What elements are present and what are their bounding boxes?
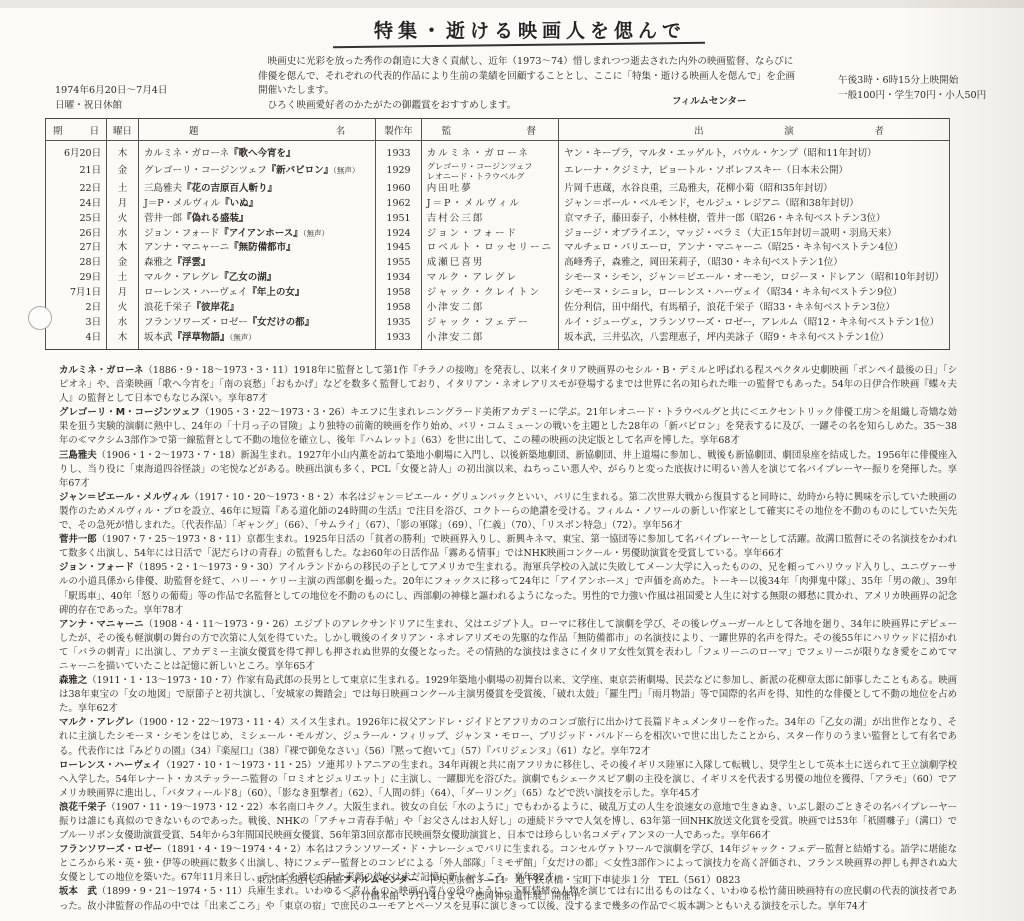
cell-cast: エレーナ・クジミナ，ピョートル・ソボレフスキー（日本未公開） xyxy=(559,161,950,181)
cell-date: 29日 xyxy=(46,270,107,285)
biography-name: カルミネ・ガローネ xyxy=(59,365,143,376)
schedule-row: 4日木坂本武『浮草物語』（無声）1933小津安二郎坂本武，三井弘次，八雲理恵子，… xyxy=(46,330,950,349)
footer-address: 東京国立近代美術館フィルムセンター 中央区京橋３―11 地下鉄京橋・宝町下車徒歩… xyxy=(256,872,740,886)
honoree-name: ローレンス・ハーヴェイ xyxy=(144,287,247,298)
biography-name: グレゴーリ・M・コージンツェフ xyxy=(59,407,200,418)
showtime-start: 午後3時・6時15分上映開始 xyxy=(838,73,986,88)
ticket-prices: 一般100円・学生70円・小人50円 xyxy=(838,88,986,103)
organizer-label: フィルムセンター xyxy=(672,93,746,107)
cell-title: ローレンス・ハーヴェイ『年上の女』 xyxy=(138,285,375,300)
cell-title: J＝P・メルヴィル『いぬ』 xyxy=(138,196,375,211)
cell-year: 1955 xyxy=(376,255,421,270)
cell-title: ジョン・フォード『アイアンホース』（無声） xyxy=(138,226,375,241)
cell-date: 28日 xyxy=(46,255,107,270)
film-title: 『アイアンホース』 xyxy=(219,228,303,239)
cell-year: 1958 xyxy=(376,300,421,315)
schedule-row: 7月1日月ローレンス・ハーヴェイ『年上の女』1958ジャック・クレイトンシモーヌ… xyxy=(46,285,950,300)
cell-year: 1934 xyxy=(376,270,421,285)
honoree-name: 坂本武 xyxy=(144,332,173,343)
honoree-name: ジョン・フォード xyxy=(144,228,219,239)
cell-year: 1924 xyxy=(376,226,421,241)
cell-year: 1960 xyxy=(376,181,421,196)
cell-director: 吉村公三郎 xyxy=(421,211,558,226)
biography-text: （1895・2・1〜1973・9・30）アイルランドからの移民の子としてアメリカ… xyxy=(59,562,957,615)
biographies: カルミネ・ガローネ（1886・9・18〜1973・3・11）1918年に監督とし… xyxy=(59,364,957,914)
cell-cast: 片岡千恵蔵，水谷良重，三島雅夫，花柳小菊（昭和35年封切） xyxy=(559,181,950,196)
footer-access: 地下鉄京橋・宝町下車徒歩１分 xyxy=(515,875,649,886)
film-title: 『浮雲』 xyxy=(172,257,210,268)
schedule-row: 3日水フランソワーズ・ロゼー『女だけの都』1935ジャック・フェデールイ・ジュー… xyxy=(46,315,950,330)
director-name: 内田吐夢 xyxy=(427,183,473,194)
biography-name: フランソワーズ・ロゼー xyxy=(59,844,162,855)
cell-dow: 土 xyxy=(107,270,139,285)
cell-year: 1929 xyxy=(376,161,421,181)
cell-cast: 坂本武，三井弘次，八雲理恵子，坪内美詠子（昭9・キネ旬ベストテン1位） xyxy=(559,330,950,349)
cell-date: 22日 xyxy=(46,181,107,196)
biography-entry: 菅井一郎（1907・7・25〜1973・8・11）京都生まれ。1925年日活の「… xyxy=(59,533,957,561)
footer-organizer: フィルムセンター xyxy=(342,875,417,886)
page-title: 特集・逝ける映画人を偲んで xyxy=(330,16,730,43)
honoree-name: フランソワーズ・ロゼー xyxy=(144,317,248,328)
biography-name: ジョン・フォード xyxy=(59,562,134,573)
director-name: 成瀬巳喜男 xyxy=(427,257,485,268)
biography-name: 三島雅夫 xyxy=(59,450,97,461)
header-year: 製作年 xyxy=(376,119,421,141)
film-title: 『無防備都市』 xyxy=(229,242,296,253)
film-title: 『年上の女』 xyxy=(247,287,304,298)
header-date: 期日 xyxy=(46,119,107,141)
film-title: 『乙女の湖』 xyxy=(219,272,276,283)
honoree-name: 三島雅夫 xyxy=(144,183,182,194)
cell-title: アンナ・マニャーニ『無防備都市』 xyxy=(138,240,375,255)
cell-director: ジョン・フォード xyxy=(421,226,558,241)
director-name: ジャック・フェデー xyxy=(427,317,530,328)
biography-entry: ローレンス・ハーヴェイ（1927・10・1〜1973・11・25）ソ連邦リトアニ… xyxy=(59,759,957,801)
biography-text: （1907・11・19〜1973・12・22）本名南口キクノ。大阪生まれ。彼女の… xyxy=(59,802,957,841)
biography-text: （1908・4・11〜1973・9・26）エジプトのアレクサンドリアに生まれ、父… xyxy=(59,619,957,672)
cell-director: 内田吐夢 xyxy=(421,181,558,196)
honoree-name: 浪花千栄子 xyxy=(144,302,192,313)
footer-institution: 東京国立近代美術館 xyxy=(256,875,342,886)
showtimes: 午後3時・6時15分上映開始 一般100円・学生70円・小人50円 xyxy=(838,73,986,103)
cell-date: 21日 xyxy=(46,161,107,181)
director-name: マルク・アレグレ xyxy=(427,272,518,283)
cell-director: カルミネ・ガローネ xyxy=(421,141,558,161)
cell-year: 1951 xyxy=(376,211,421,226)
cell-dow: 木 xyxy=(107,330,139,349)
biography-name: マルク・アレグレ xyxy=(59,717,134,728)
cell-title: 浪花千栄子『彼岸花』 xyxy=(138,300,375,315)
biography-entry: 森雅之（1911・1・13〜1973・10・7）作家有島武郎の長男として東京に生… xyxy=(59,674,957,716)
period-dates: 1974年6月20日〜7月4日 xyxy=(55,84,168,99)
biography-name: ジャン＝ピエール・メルヴィル xyxy=(59,492,189,503)
schedule-row: 24日月J＝P・メルヴィル『いぬ』1962J＝P・メルヴィルジャン＝ポール・ベル… xyxy=(46,196,950,211)
cell-title: カルミネ・ガローネ『歌へ今宵を』 xyxy=(138,141,375,161)
cell-cast: 京マチ子，藤田泰子，小林桂樹，菅井一郎（昭26・キネ旬ベストテン3位） xyxy=(559,211,950,226)
schedule-row: 6月20日木カルミネ・ガローネ『歌へ今宵を』1933カルミネ・ガローネヤン・キー… xyxy=(46,141,950,161)
biography-entry: マルク・アレグレ（1900・12・22〜1973・11・4）スイス生まれ。192… xyxy=(59,716,957,758)
director-name: 吉村公三郎 xyxy=(427,213,485,224)
cell-date: 2日 xyxy=(46,300,107,315)
director-name: ロベルト・ロッセリーニ xyxy=(427,242,553,253)
cell-cast: シモーヌ・シニョレ，ローレンス・ハーヴェイ（昭34・キネ旬ベストテン9位） xyxy=(559,285,950,300)
biography-text: （1927・10・1〜1973・11・25）ソ連邦リトアニアの生まれ。34年両親… xyxy=(59,760,957,799)
cell-cast: 佐分利信，田中絹代，有馬稲子，浪花千栄子（昭33・キネ旬ベストテン3位） xyxy=(559,300,950,315)
cell-date: 25日 xyxy=(46,211,107,226)
cell-director: ジャック・クレイトン xyxy=(421,285,558,300)
film-title: 『彼岸花』 xyxy=(191,302,239,313)
cell-dow: 火 xyxy=(107,211,139,226)
biography-text: （1907・7・25〜1973・8・11）京都生まれ。1925年日活の「貧者の勝… xyxy=(59,534,957,559)
cell-dow: 水 xyxy=(107,315,139,330)
biography-name: 浪花千栄子 xyxy=(59,802,106,813)
cell-director: J＝P・メルヴィル xyxy=(421,196,558,211)
biography-entry: アンナ・マニャーニ（1908・4・11〜1973・9・26）エジプトのアレクサン… xyxy=(59,618,957,674)
cell-cast: ジャン＝ポール・ベルモンド，セルジュ・レジアニ（昭和38年封切） xyxy=(559,196,950,211)
film-title: 『浮草物語』 xyxy=(172,332,229,343)
cell-title: 菅井一郎『偽れる盛装』 xyxy=(138,211,375,226)
cell-year: 1958 xyxy=(376,285,421,300)
cell-date: 3日 xyxy=(46,315,107,330)
cell-dow: 木 xyxy=(107,141,139,161)
film-title: 『偽れる盛装』 xyxy=(182,213,249,224)
cell-cast: ルイ・ジューヴェ，フランソワーズ・ロゼー，アレルム（昭12・キネ旬ベストテン1位… xyxy=(559,315,950,330)
cell-date: 6月20日 xyxy=(46,141,107,161)
biography-name: アンナ・マニャーニ xyxy=(59,619,144,630)
biography-entry: 三島雅夫（1906・1・2〜1973・7・18）新潟生まれ。1927年小山内薫を… xyxy=(59,449,957,491)
film-title: 『歌へ今宵を』 xyxy=(229,148,296,159)
cell-date: 26日 xyxy=(46,226,107,241)
header-title: 題名 xyxy=(138,119,375,141)
cell-dow: 金 xyxy=(107,161,139,181)
director-name: 小津安二郎 xyxy=(427,302,485,313)
cell-dow: 水 xyxy=(107,226,139,241)
honoree-name: 菅井一郎 xyxy=(144,213,182,224)
cell-director: 小津安二郎 xyxy=(421,330,558,349)
biography-name: 森雅之 xyxy=(59,675,87,686)
schedule-row: 25日火菅井一郎『偽れる盛装』1951吉村公三郎京マチ子，藤田泰子，小林桂樹，菅… xyxy=(46,211,950,226)
honoree-name: アンナ・マニャーニ xyxy=(144,242,229,253)
biography-text: （1917・10・20〜1973・8・2）本名はジャン＝ピエール・グリュンバック… xyxy=(59,492,957,531)
director-name: 小津安二郎 xyxy=(427,332,485,343)
cell-cast: 高峰秀子，森雅之，岡田茉莉子，（昭30・キネ旬ベストテン1位） xyxy=(559,255,950,270)
closed-days: 日曜・祝日休館 xyxy=(55,99,168,114)
biography-entry: 浪花千栄子（1907・11・19〜1973・12・22）本名南口キクノ。大阪生ま… xyxy=(59,801,957,843)
cell-dow: 金 xyxy=(107,255,139,270)
honoree-name: J＝P・メルヴィル xyxy=(144,198,220,209)
director-name: ジャック・クレイトン xyxy=(427,287,541,298)
silent-note: （無声） xyxy=(303,229,329,238)
cell-cast: ジョージ・オブライエン，マッジ・ベラミ（大正15年封切＝説明・羽鳥天来） xyxy=(559,226,950,241)
cell-year: 1935 xyxy=(376,315,421,330)
scan-top-edge xyxy=(0,0,1024,8)
header-dow: 曜日 xyxy=(107,119,139,141)
screening-period: 1974年6月20日〜7月4日 日曜・祝日休館 xyxy=(55,84,168,113)
film-title: 『新バビロン』 xyxy=(267,165,334,176)
honoree-name: マルク・アレグレ xyxy=(144,272,219,283)
cell-cast: マルチェロ・パリエーロ，アンナ・マニャーニ（昭25・キネ旬ベストテン4位） xyxy=(559,240,950,255)
footer-tel: TEL（561）0823 xyxy=(659,875,741,886)
header-cast: 出演者 xyxy=(559,119,950,141)
biography-entry: ジョン・フォード（1895・2・1〜1973・9・30）アイルランドからの移民の… xyxy=(59,561,957,617)
schedule-row: 2日火浪花千栄子『彼岸花』1958小津安二郎佐分利信，田中絹代，有馬稲子，浪花千… xyxy=(46,300,950,315)
punch-hole xyxy=(28,306,52,330)
biography-text: （1911・1・13〜1973・10・7）作家有島武郎の長男として東京に生まれる… xyxy=(59,675,957,714)
cell-year: 1933 xyxy=(376,141,421,161)
biography-entry: カルミネ・ガローネ（1886・9・18〜1973・3・11）1918年に監督とし… xyxy=(59,364,957,406)
schedule-row: 28日金森雅之『浮雲』1955成瀬巳喜男高峰秀子，森雅之，岡田茉莉子，（昭30・… xyxy=(46,255,950,270)
biography-entry: ジャン＝ピエール・メルヴィル（1917・10・20〜1973・8・2）本名はジャ… xyxy=(59,491,957,533)
schedule-row: 29日土マルク・アレグレ『乙女の湖』1934マルク・アレグレシモーヌ・シモン，ジ… xyxy=(46,270,950,285)
cell-date: 4日 xyxy=(46,330,107,349)
schedule-row: 27日木アンナ・マニャーニ『無防備都市』1945ロベルト・ロッセリーニマルチェロ… xyxy=(46,240,950,255)
cell-director: マルク・アレグレ xyxy=(421,270,558,285)
cell-title: 坂本武『浮草物語』（無声） xyxy=(138,330,375,349)
cell-dow: 木 xyxy=(107,240,139,255)
cell-year: 1945 xyxy=(376,240,421,255)
schedule-row: 26日水ジョン・フォード『アイアンホース』（無声）1924ジョン・フォードジョー… xyxy=(46,226,950,241)
film-title: 『花の吉原百人斬り』 xyxy=(182,183,277,194)
cell-cast: シモーヌ・シモン，ジャン＝ピエール・オーモン，ロジーヌ・ドレアン（昭和10年封切… xyxy=(559,270,950,285)
schedule-table: 期日 曜日 題名 製作年 監督 出演者 6月20日木カルミネ・ガローネ『歌へ今宵… xyxy=(45,118,950,350)
biography-text: （1886・9・18〜1973・3・11）1918年に監督として第1作『チラノの… xyxy=(59,365,957,404)
intro-paragraph: 映画史に光彩を放った秀作の創造に大きく貢献し、近年（1973〜74）惜しまれつつ… xyxy=(258,55,798,99)
film-title: 『いぬ』 xyxy=(220,198,258,209)
biography-name: ローレンス・ハーヴェイ xyxy=(59,760,161,771)
biography-name: 坂本 武 xyxy=(59,886,97,897)
film-title: 『女だけの都』 xyxy=(248,317,315,328)
schedule-row: 22日土三島雅夫『花の吉原百人斬り』1960内田吐夢片岡千恵蔵，水谷良重，三島雅… xyxy=(46,181,950,196)
director-name: J＝P・メルヴィル xyxy=(427,198,521,209)
cell-year: 1962 xyxy=(376,196,421,211)
director-name: ジョン・フォード xyxy=(427,228,518,239)
cell-director: 小津安二郎 xyxy=(421,300,558,315)
cell-title: グレゴーリ・コージンツェフ『新バビロン』（無声） xyxy=(138,161,375,181)
header-director: 監督 xyxy=(421,119,558,141)
cell-dow: 月 xyxy=(107,196,139,211)
silent-note: （無声） xyxy=(229,333,255,342)
footer-street: 中央区京橋３―11 xyxy=(427,875,506,886)
biography-name: 菅井一郎 xyxy=(59,534,97,545)
honoree-name: 森雅之 xyxy=(144,257,173,268)
cell-dow: 火 xyxy=(107,300,139,315)
director-name: カルミネ・ガローネ xyxy=(427,148,530,159)
cell-director: ジャック・フェデー xyxy=(421,315,558,330)
silent-note: （無声） xyxy=(333,166,359,175)
cell-title: 森雅之『浮雲』 xyxy=(138,255,375,270)
cell-date: 7月1日 xyxy=(46,285,107,300)
footer-notice: ＊ 竹橋本館・7月14日まで「徳岡神泉遺作展」開催中 xyxy=(348,888,580,902)
schedule-header-row: 期日 曜日 題名 製作年 監督 出演者 xyxy=(46,119,950,141)
cell-title: マルク・アレグレ『乙女の湖』 xyxy=(138,270,375,285)
cell-director: 成瀬巳喜男 xyxy=(421,255,558,270)
biography-text: （1900・12・22〜1973・11・4）スイス生まれ。1926年に叔父アンド… xyxy=(59,717,957,756)
biography-text: （1906・1・2〜1973・7・18）新潟生まれ。1927年小山内薫を訪ねて築… xyxy=(59,450,957,489)
cell-cast: ヤン・キープラ，マルタ・エッゲルト，パウル・ケンプ（昭和11年封切） xyxy=(559,141,950,161)
cell-date: 24日 xyxy=(46,196,107,211)
director-name: グレゴーリ・コージンツェフレオニード・トラウベルグ xyxy=(427,161,553,181)
honoree-name: カルミネ・ガローネ xyxy=(144,148,229,159)
cell-title: フランソワーズ・ロゼー『女だけの都』 xyxy=(138,315,375,330)
schedule-row: 21日金グレゴーリ・コージンツェフ『新バビロン』（無声）1929グレゴーリ・コー… xyxy=(46,161,950,181)
cell-date: 27日 xyxy=(46,240,107,255)
schedule-body: 6月20日木カルミネ・ガローネ『歌へ今宵を』1933カルミネ・ガローネヤン・キー… xyxy=(46,141,950,350)
cell-director: グレゴーリ・コージンツェフレオニード・トラウベルグ xyxy=(421,161,558,181)
cell-year: 1933 xyxy=(376,330,421,349)
cell-title: 三島雅夫『花の吉原百人斬り』 xyxy=(138,181,375,196)
cell-dow: 土 xyxy=(107,181,139,196)
cell-director: ロベルト・ロッセリーニ xyxy=(421,240,558,255)
biography-entry: グレゴーリ・M・コージンツェフ（1905・3・22〜1973・3・26）キエフに… xyxy=(59,406,957,448)
honoree-name: グレゴーリ・コージンツェフ xyxy=(144,165,267,176)
cell-dow: 月 xyxy=(107,285,139,300)
